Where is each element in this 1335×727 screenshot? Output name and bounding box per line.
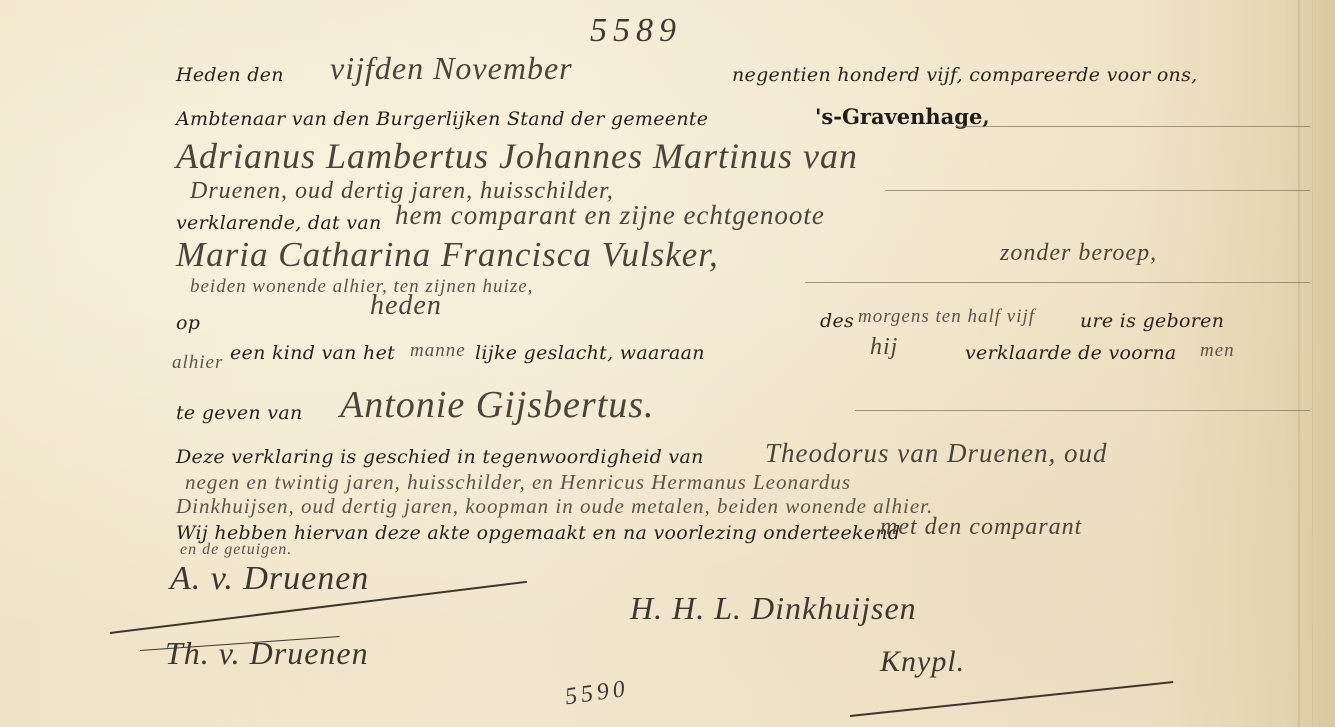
- signature-witness-1: Th. v. Druenen: [165, 635, 369, 672]
- handwritten-text: hem comparant en zijne echtgenoote: [395, 200, 825, 231]
- handwritten-witness-details: negen en twintig jaren, huisschilder, en…: [185, 470, 851, 495]
- handwritten-declarant: hij: [870, 334, 898, 361]
- handwritten-witness-2: Dinkhuijsen, oud dertig jaren, koopman i…: [176, 494, 933, 519]
- fill-line: [805, 282, 1310, 283]
- next-record-number: 5590: [563, 676, 630, 712]
- handwritten-father-name: Adrianus Lambertus Johannes Martinus van: [176, 135, 858, 177]
- page-binding-edge-inner: [1312, 0, 1313, 727]
- printed-text: des: [820, 310, 854, 332]
- record-number: 5589: [590, 12, 682, 50]
- printed-text: ure is geboren: [1080, 310, 1224, 332]
- handwritten-date: vijfden November: [330, 50, 573, 87]
- handwritten-witness-1: Theodorus van Druenen, oud: [765, 438, 1107, 469]
- printed-text: een kind van het: [230, 342, 395, 364]
- page-binding-edge: [1298, 0, 1300, 727]
- printed-text: verklaarde de voorna: [965, 342, 1177, 364]
- handwritten-birth-day: heden: [370, 290, 442, 322]
- printed-text: lijke geslacht, waaraan: [475, 342, 705, 364]
- handwritten-birthplace: alhier: [172, 352, 223, 374]
- handwritten-child-name: Antonie Gijsbertus.: [340, 383, 655, 427]
- handwritten-text: met den comparant: [880, 514, 1082, 541]
- handwritten-sex: manne: [410, 340, 466, 362]
- handwritten-mother-name: Maria Catharina Francisca Vulsker,: [176, 235, 719, 275]
- printed-text: Ambtenaar van den Burgerlijken Stand der…: [176, 108, 708, 130]
- printed-text: Deze verklaring is geschied in tegenwoor…: [176, 446, 704, 468]
- handwritten-text: men: [1200, 340, 1235, 362]
- printed-text: te geven van: [176, 402, 302, 424]
- signature-comparant: A. v. Druenen: [170, 560, 369, 598]
- signature-registrar: Knypl.: [880, 645, 965, 679]
- document-page: 5589 Heden den vijfden November negentie…: [0, 0, 1335, 727]
- printed-text: op: [176, 312, 200, 334]
- fill-line: [855, 410, 1310, 411]
- signature-underline: [850, 681, 1173, 716]
- fill-line: [955, 126, 1310, 127]
- handwritten-birth-time: morgens ten half vijf: [858, 306, 1035, 328]
- handwritten-text: en de getuigen.: [180, 541, 292, 559]
- printed-text: Heden den: [176, 64, 284, 86]
- signature-witness-2: H. H. L. Dinkhuijsen: [630, 590, 917, 627]
- handwritten-occupation: zonder beroep,: [1000, 240, 1157, 267]
- fill-line: [885, 190, 1310, 191]
- handwritten-residence: beiden wonende alhier, ten zijnen huize,: [190, 276, 533, 298]
- printed-text: verklarende, dat van: [176, 212, 382, 234]
- printed-text: negentien honderd vijf, compareerde voor…: [732, 64, 1197, 86]
